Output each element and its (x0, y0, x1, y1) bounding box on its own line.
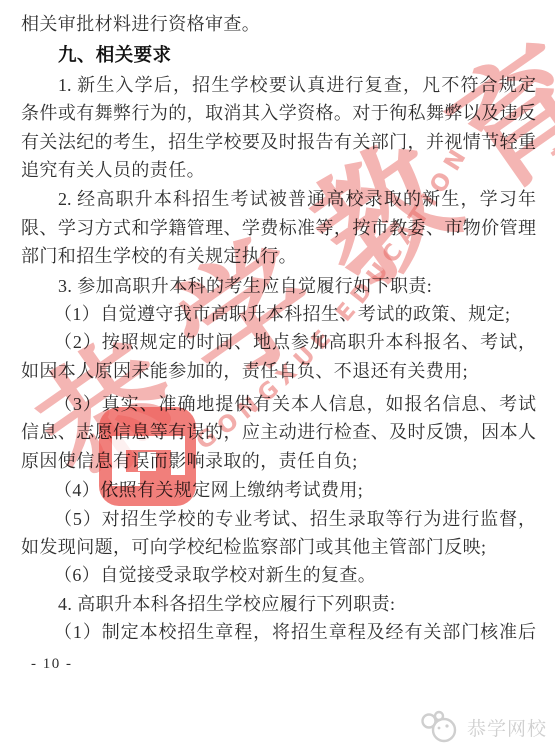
text-line: 原因使信息有误而影响录取的，责任自负; (21, 447, 536, 475)
text-line: （5）对招生学校的专业考试、招生录取等行为进行监督， (21, 505, 536, 533)
text-line: 1. 新生入学后，招生学校要认真进行复查，凡不符合规定 (21, 71, 536, 99)
footer-brand-label: 恭学网校 (467, 714, 547, 741)
text-line: 如发现问题，可向学校纪检监察部门或其他主管部门反映; (21, 533, 536, 561)
text-line: 有关法纪的考生，招生学校要及时报告有关部门，并视情节轻重 (21, 128, 536, 156)
text-line: 2. 经高职升本科招生考试被普通高校录取的新生，学习年 (21, 185, 536, 213)
text-line: 4. 高职升本科各招生学校应履行下列职责: (21, 590, 536, 618)
text-line: 九、相关要求 (21, 41, 536, 69)
text-line: 部门和招生学校的有关规定执行。 (21, 242, 536, 270)
text-line: 相关审批材料进行资格审查。 (21, 10, 536, 38)
footer-brand: 恭学网校 (419, 710, 547, 744)
page-number: - 10 - (31, 656, 73, 673)
document-page: 相关审批材料进行资格审查。 九、相关要求 1. 新生入学后，招生学校要认真进行复… (0, 0, 555, 750)
document-body: 相关审批材料进行资格审查。 九、相关要求 1. 新生入学后，招生学校要认真进行复… (21, 10, 536, 647)
text-line: （1）制定本校招生章程，将招生章程及经有关部门核准后 (21, 618, 536, 646)
text-line: 追究有关人员的责任。 (21, 156, 536, 184)
text-line: 限、学习方式和学籍管理、学费标准等，按市教委、市物价管理 (21, 214, 536, 242)
text-line: 3. 参加高职升本科的考生应自觉履行如下职责: (21, 272, 536, 300)
text-line: （2）按照规定的时间、地点参加高职升本科报名、考试， (21, 328, 536, 356)
text-line: 信息、志愿信息等有误的，应主动进行检查、及时反馈，因本人 (21, 418, 536, 446)
text-line: （4）依照有关规定网上缴纳考试费用; (21, 476, 536, 504)
text-line: （6）自觉接受录取学校对新生的复查。 (21, 561, 536, 589)
text-line: （3）真实、准确地提供有关本人信息，如报名信息、考试 (21, 390, 536, 418)
panda-face-icon (419, 710, 463, 744)
text-line: 条件或有舞弊行为的，取消其入学资格。对于徇私舞弊以及违反 (21, 99, 536, 127)
text-line: 如因本人原因未能参加的，责任自负、不退还有关费用; (21, 357, 536, 385)
text-line: （1）自觉遵守我市高职升本科招生、考试的政策、规定; (21, 300, 536, 328)
